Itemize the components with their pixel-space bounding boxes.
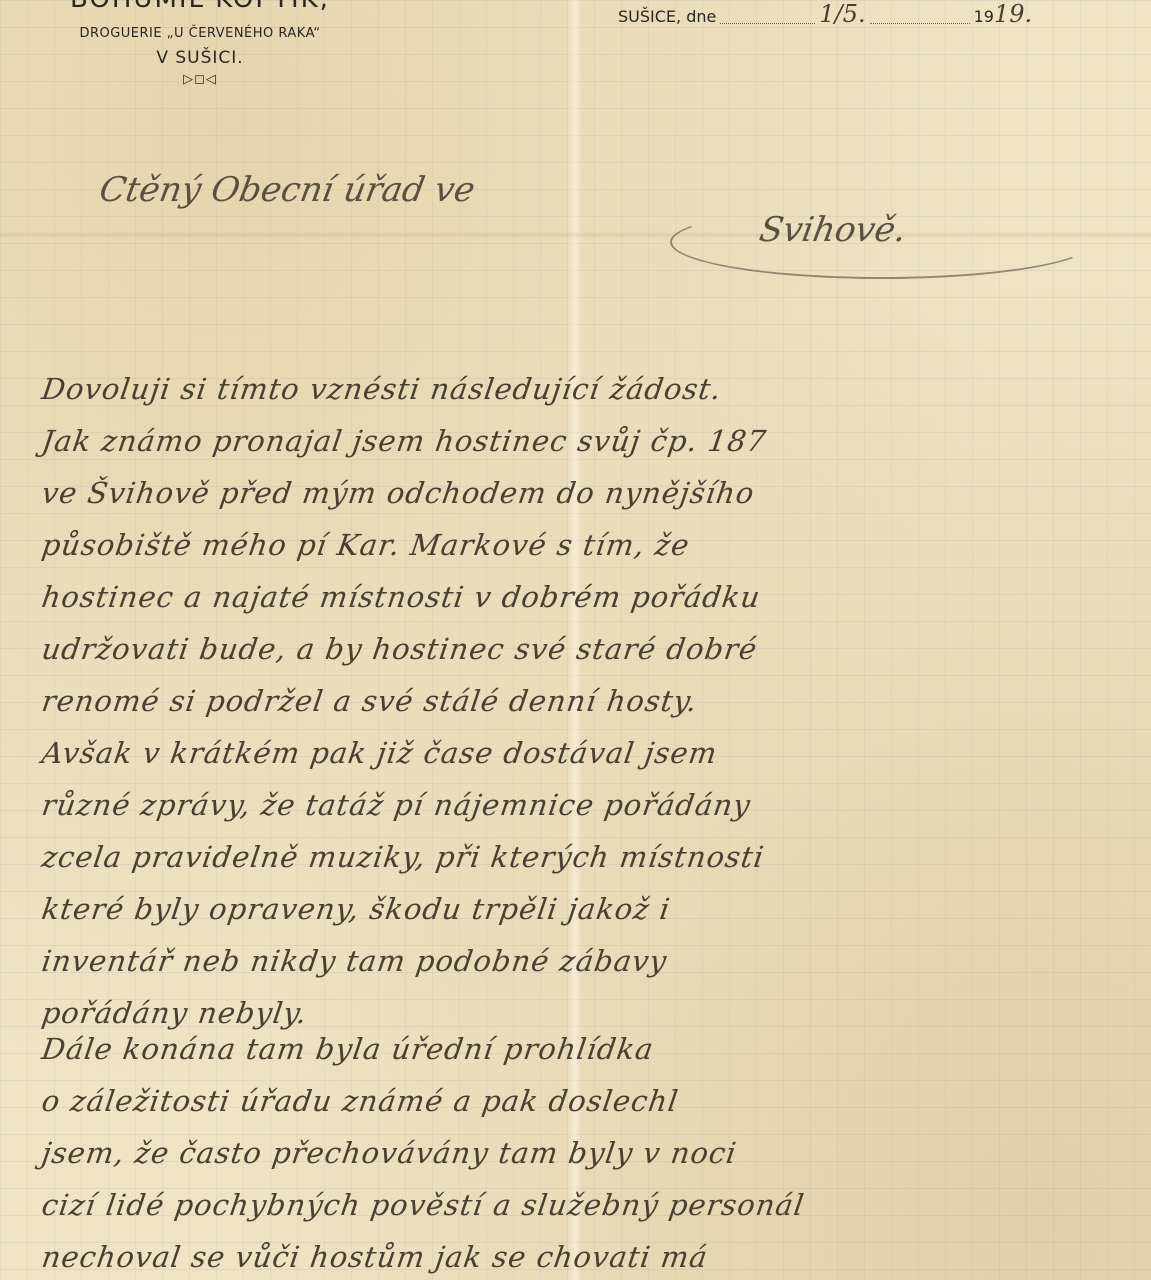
body-line-3: ve Švihově před mým odchodem do nynějšíh… bbox=[40, 476, 757, 510]
date-dotted-line-2 bbox=[870, 23, 970, 24]
body-line-2: Jak známo pronajal jsem hostinec svůj čp… bbox=[40, 424, 769, 458]
letterhead-name: BOHUMIL KOPTIK, bbox=[40, 0, 360, 14]
date-year-suffix: 19. bbox=[994, 0, 1032, 28]
date-line: SUŠICE, dne1/5.1919. bbox=[618, 0, 1032, 28]
body-line-6: udržovati bude, a by hostinec své staré … bbox=[40, 632, 760, 666]
salutation-flourish bbox=[670, 205, 1094, 279]
body-line-11: které byly opraveny, škodu trpěli jakož … bbox=[40, 892, 673, 926]
body-line-4: působiště mého pí Kar. Markové s tím, že bbox=[40, 528, 692, 562]
body-line-9: různé zprávy, že tatáž pí nájemnice pořá… bbox=[40, 788, 753, 822]
body-line-12: inventář neb nikdy tam podobné zábavy bbox=[40, 944, 670, 978]
date-place: SUŠICE, dne bbox=[618, 7, 716, 26]
letterhead-subtitle: DROGUERIE „U ČERVENÉHO RAKA“ bbox=[20, 26, 380, 41]
body-line-8: Avšak v krátkém pak již čase dostával js… bbox=[40, 736, 720, 770]
ornament-icon: ▷◻◁ bbox=[40, 72, 360, 87]
body-line-5: hostinec a najaté místnosti v dobrém poř… bbox=[40, 580, 763, 614]
body-line-17: cizí lidé pochybných pověstí a služebný … bbox=[40, 1188, 807, 1222]
body-line-7: renomé si podržel a své stálé denní host… bbox=[40, 684, 700, 718]
body-line-15: o záležitosti úřadu známé a pak doslechl bbox=[40, 1084, 681, 1118]
salutation-line-1: Ctěný Obecní úřad ve bbox=[96, 170, 477, 210]
body-line-1: Dovoluji si tímto vznésti následující žá… bbox=[40, 372, 724, 406]
body-line-18: nechoval se vůči hostům jak se chovati m… bbox=[40, 1240, 711, 1274]
body-line-10: zcela pravidelně muziky, při kterých mís… bbox=[40, 840, 767, 874]
date-year-prefix: 19 bbox=[974, 7, 994, 26]
date-day-month: 1/5. bbox=[819, 0, 865, 28]
letterhead-city: V SUŠICI. bbox=[40, 48, 360, 68]
date-dotted-line bbox=[720, 23, 815, 24]
body-line-16: jsem, že často přechovávány tam byly v n… bbox=[40, 1136, 739, 1170]
body-line-14: Dále konána tam byla úřední prohlídka bbox=[40, 1032, 657, 1066]
body-line-13: pořádány nebyly. bbox=[40, 996, 310, 1030]
